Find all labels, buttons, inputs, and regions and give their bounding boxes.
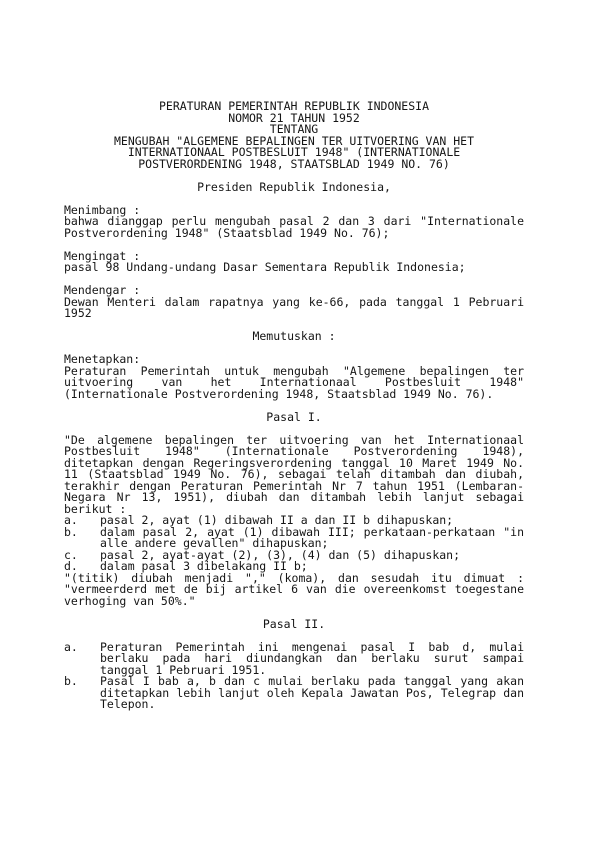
doc-line: POSTVERORDENING 1948, STAATSBLAD 1949 NO… (64, 159, 524, 171)
doc-text: (Internationale Postverordening 1948, St… (64, 389, 524, 401)
doc-text: verhoging van 50%." (64, 596, 524, 608)
doc-line: 1952 (64, 308, 524, 320)
doc-text: POSTVERORDENING 1948, STAATSBLAD 1949 NO… (64, 159, 524, 171)
doc-line: Dewan Menteri dalam rapatnya yang ke-66,… (64, 297, 524, 309)
doc-text: Dewan Menteri dalam rapatnya yang ke-66,… (64, 297, 524, 309)
doc-line: Negara Nr 13, 1951), diubah dan ditambah… (64, 492, 524, 504)
doc-line: Postverordening 1948" (Staatsblad 1949 N… (64, 228, 524, 240)
list-marker (64, 688, 100, 700)
doc-text: Presiden Republik Indonesia, (64, 182, 524, 194)
doc-text: Memutuskan : (64, 331, 524, 343)
doc-text: Pasal II. (64, 619, 524, 631)
doc-line: Memutuskan : (64, 331, 524, 343)
doc-line: (Internationale Postverordening 1948, St… (64, 389, 524, 401)
doc-line: verhoging van 50%." (64, 596, 524, 608)
doc-line: Pasal I. (64, 412, 524, 424)
doc-text: Negara Nr 13, 1951), diubah dan ditambah… (64, 492, 524, 504)
list-marker: b. (64, 676, 100, 688)
doc-text: Postverordening 1948" (Staatsblad 1949 N… (64, 228, 524, 240)
list-marker (64, 699, 100, 711)
list-marker: b. (64, 527, 100, 539)
doc-text: pasal 98 Undang-undang Dasar Sementara R… (64, 262, 524, 274)
doc-text: 1952 (64, 308, 524, 320)
doc-line: Pasal II. (64, 619, 524, 631)
list-marker: a. (64, 642, 100, 654)
doc-line: Presiden Republik Indonesia, (64, 182, 524, 194)
document-body: PERATURAN PEMERINTAH REPUBLIK INDONESIAN… (64, 101, 524, 711)
doc-line: Telepon. (64, 699, 524, 711)
doc-line: pasal 98 Undang-undang Dasar Sementara R… (64, 262, 524, 274)
document-page: PERATURAN PEMERINTAH REPUBLIK INDONESIAN… (0, 0, 595, 842)
doc-text: ditetapkan lebih lanjut oleh Kepala Jawa… (100, 688, 524, 700)
doc-text: Telepon. (100, 699, 524, 711)
list-marker (64, 653, 100, 665)
doc-text: Pasal I. (64, 412, 524, 424)
